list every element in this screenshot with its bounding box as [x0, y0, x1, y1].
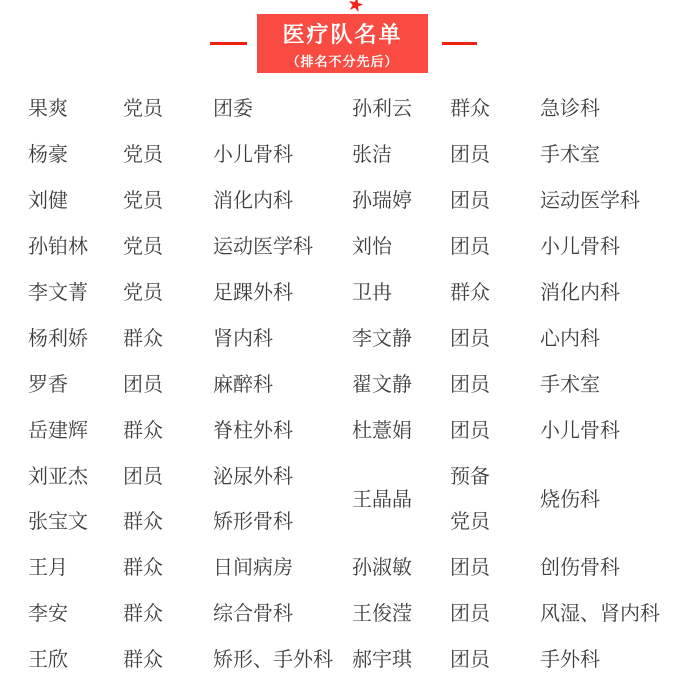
member-name: 杨豪 [28, 130, 123, 176]
member-name: 杜薏娟 [352, 405, 450, 451]
member-status: 党员 [123, 222, 213, 268]
member-name: 刘健 [28, 176, 123, 222]
member-status: 团员 [450, 130, 540, 176]
member-name: 孙铂林 [28, 222, 123, 268]
member-dept: 手外科 [540, 635, 673, 681]
member-status: 群众 [123, 405, 213, 451]
member-name: 李文菁 [28, 268, 123, 314]
member-status: 团员 [450, 405, 540, 451]
member-status: 群众 [123, 635, 213, 681]
member-dept: 烧伤科 [540, 451, 673, 543]
page-subtitle: （排名不分先后） [257, 51, 428, 70]
member-status: 团员 [123, 359, 213, 405]
member-status: 群众 [123, 589, 213, 635]
left-accent-line [210, 42, 247, 45]
member-dept: 运动医学科 [540, 176, 673, 222]
member-dept: 手术室 [540, 130, 673, 176]
member-status: 团员 [450, 635, 540, 681]
title-banner: 医疗队名单 （排名不分先后） [257, 14, 428, 73]
right-accent-line [442, 42, 477, 45]
member-name: 张宝文 [28, 497, 123, 543]
member-name: 郝宇琪 [352, 635, 450, 681]
member-status: 群众 [123, 497, 213, 543]
member-dept: 心内科 [540, 313, 673, 359]
page-title: 医疗队名单 [257, 22, 428, 48]
member-name: 王晶晶 [352, 451, 450, 543]
member-status: 党员 [123, 176, 213, 222]
member-status-line: 预备 [450, 460, 490, 489]
member-dept: 手术室 [540, 359, 673, 405]
member-dept: 急诊科 [540, 84, 673, 130]
member-name: 刘怡 [352, 222, 450, 268]
roster-page: ★ 医疗队名单 （排名不分先后） 果爽 党员 团委 孙利云 群众 急诊科 杨豪 … [0, 0, 673, 685]
member-name: 孙淑敏 [352, 543, 450, 589]
member-name: 罗香 [28, 359, 123, 405]
member-status: 群众 [450, 268, 540, 314]
member-name: 翟文静 [352, 359, 450, 405]
member-status: 群众 [123, 543, 213, 589]
member-dept: 矫形、手外科 [213, 635, 352, 681]
member-dept: 足踝外科 [213, 268, 352, 314]
member-status: 团员 [450, 589, 540, 635]
member-name: 孙利云 [352, 84, 450, 130]
member-name: 张洁 [352, 130, 450, 176]
member-status: 党员 [123, 268, 213, 314]
member-dept: 风湿、肾内科 [540, 589, 673, 635]
member-status: 团员 [450, 176, 540, 222]
member-dept: 综合骨科 [213, 589, 352, 635]
member-dept: 小儿骨科 [213, 130, 352, 176]
member-dept: 小儿骨科 [540, 405, 673, 451]
member-name: 岳建辉 [28, 405, 123, 451]
member-name: 卫冉 [352, 268, 450, 314]
member-dept: 肾内科 [213, 313, 352, 359]
member-status: 团员 [450, 543, 540, 589]
member-status: 党员 [123, 130, 213, 176]
member-name: 王俊滢 [352, 589, 450, 635]
member-dept: 脊柱外科 [213, 405, 352, 451]
member-name: 李文静 [352, 313, 450, 359]
member-dept: 麻醉科 [213, 359, 352, 405]
member-status: 群众 [123, 313, 213, 359]
member-dept: 泌尿外科 [213, 451, 352, 497]
member-name: 李安 [28, 589, 123, 635]
roster-table: 果爽 党员 团委 孙利云 群众 急诊科 杨豪 党员 小儿骨科 张洁 团员 手术室… [28, 84, 673, 681]
member-status: 团员 [450, 313, 540, 359]
member-name: 刘亚杰 [28, 451, 123, 497]
member-status: 团员 [123, 451, 213, 497]
member-name: 果爽 [28, 84, 123, 130]
member-dept: 日间病房 [213, 543, 352, 589]
member-dept: 小儿骨科 [540, 222, 673, 268]
member-status-line: 党员 [450, 505, 490, 534]
member-dept: 消化内科 [540, 268, 673, 314]
member-status: 预备 党员 [450, 451, 540, 543]
member-status: 党员 [123, 84, 213, 130]
member-status: 团员 [450, 222, 540, 268]
member-status: 群众 [450, 84, 540, 130]
member-dept: 运动医学科 [213, 222, 352, 268]
member-dept: 团委 [213, 84, 352, 130]
member-name: 孙瑞婷 [352, 176, 450, 222]
member-dept: 创伤骨科 [540, 543, 673, 589]
member-dept: 消化内科 [213, 176, 352, 222]
member-name: 杨利娇 [28, 313, 123, 359]
member-status: 团员 [450, 359, 540, 405]
member-dept: 矫形骨科 [213, 497, 352, 543]
member-name: 王月 [28, 543, 123, 589]
member-name: 王欣 [28, 635, 123, 681]
